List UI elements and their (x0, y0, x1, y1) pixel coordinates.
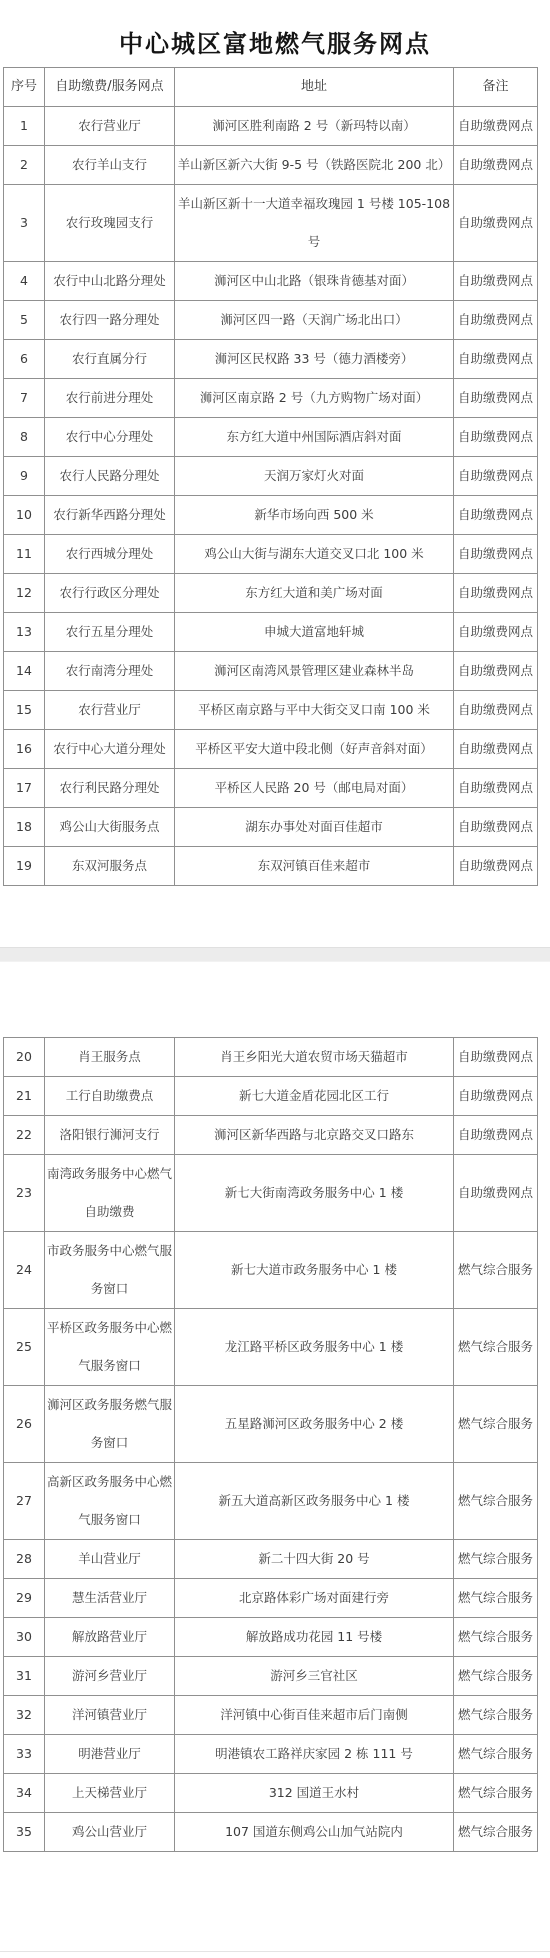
cell-service-outlet: 农行直属分行 (45, 340, 175, 379)
table-row: 13农行五星分理处申城大道富地轩城自助缴费网点 (4, 613, 538, 652)
cell-serial-number: 8 (4, 418, 45, 457)
column-header-outlet: 自助缴费/服务网点 (45, 68, 175, 107)
table-row: 20肖王服务点肖王乡阳光大道农贸市场天猫超市自助缴费网点 (4, 1038, 538, 1077)
page-title: 中心城区富地燃气服务网点 (0, 24, 550, 59)
cell-note: 自助缴费网点 (454, 340, 538, 379)
cell-address: 新七大道金盾花园北区工行 (175, 1077, 454, 1116)
cell-service-outlet: 鸡公山营业厅 (45, 1813, 175, 1852)
cell-note: 自助缴费网点 (454, 769, 538, 808)
cell-service-outlet: 农行中心分理处 (45, 418, 175, 457)
cell-address: 浉河区胜利南路 2 号（新玛特以南） (175, 107, 454, 146)
table-row: 26浉河区政务服务燃气服务窗口五星路浉河区政务服务中心 2 楼燃气综合服务 (4, 1386, 538, 1463)
cell-serial-number: 2 (4, 146, 45, 185)
cell-address: 平桥区平安大道中段北侧（好声音斜对面） (175, 730, 454, 769)
cell-note: 燃气综合服务 (454, 1579, 538, 1618)
cell-address: 平桥区南京路与平中大街交叉口南 100 米 (175, 691, 454, 730)
table-row: 17农行利民路分理处平桥区人民路 20 号（邮电局对面）自助缴费网点 (4, 769, 538, 808)
cell-service-outlet: 明港营业厅 (45, 1735, 175, 1774)
cell-serial-number: 12 (4, 574, 45, 613)
table-row: 9农行人民路分理处天润万家灯火对面自助缴费网点 (4, 457, 538, 496)
cell-address: 东方红大道中州国际酒店斜对面 (175, 418, 454, 457)
cell-note: 自助缴费网点 (454, 262, 538, 301)
cell-service-outlet: 农行人民路分理处 (45, 457, 175, 496)
cell-serial-number: 33 (4, 1735, 45, 1774)
cell-address: 107 国道东侧鸡公山加气站院内 (175, 1813, 454, 1852)
cell-service-outlet: 慧生活营业厅 (45, 1579, 175, 1618)
cell-serial-number: 22 (4, 1116, 45, 1155)
cell-serial-number: 17 (4, 769, 45, 808)
cell-service-outlet: 工行自助缴费点 (45, 1077, 175, 1116)
service-points-table-part1: 序号 自助缴费/服务网点 地址 备注 1农行营业厅浉河区胜利南路 2 号（新玛特… (3, 67, 538, 886)
cell-serial-number: 29 (4, 1579, 45, 1618)
column-header-address: 地址 (175, 68, 454, 107)
cell-address: 申城大道富地轩城 (175, 613, 454, 652)
cell-address: 洋河镇中心街百佳来超市后门南侧 (175, 1696, 454, 1735)
cell-note: 自助缴费网点 (454, 1116, 538, 1155)
cell-note: 自助缴费网点 (454, 691, 538, 730)
cell-serial-number: 27 (4, 1463, 45, 1540)
cell-service-outlet: 农行中山北路分理处 (45, 262, 175, 301)
cell-note: 自助缴费网点 (454, 301, 538, 340)
cell-service-outlet: 鸡公山大街服务点 (45, 808, 175, 847)
cell-service-outlet: 农行四一路分理处 (45, 301, 175, 340)
table-row: 31游河乡营业厅游河乡三官社区燃气综合服务 (4, 1657, 538, 1696)
cell-note: 自助缴费网点 (454, 1155, 538, 1232)
cell-address: 肖王乡阳光大道农贸市场天猫超市 (175, 1038, 454, 1077)
cell-serial-number: 28 (4, 1540, 45, 1579)
cell-service-outlet: 农行五星分理处 (45, 613, 175, 652)
cell-note: 燃气综合服务 (454, 1463, 538, 1540)
cell-service-outlet: 南湾政务服务中心燃气自助缴费 (45, 1155, 175, 1232)
table-row: 25平桥区政务服务中心燃气服务窗口龙江路平桥区政务服务中心 1 楼燃气综合服务 (4, 1309, 538, 1386)
cell-note: 自助缴费网点 (454, 808, 538, 847)
table-row: 16农行中心大道分理处平桥区平安大道中段北侧（好声音斜对面）自助缴费网点 (4, 730, 538, 769)
cell-address: 新五大道高新区政务服务中心 1 楼 (175, 1463, 454, 1540)
cell-address: 浉河区新华西路与北京路交叉口路东 (175, 1116, 454, 1155)
table-row: 8农行中心分理处东方红大道中州国际酒店斜对面自助缴费网点 (4, 418, 538, 457)
cell-service-outlet: 农行羊山支行 (45, 146, 175, 185)
cell-serial-number: 20 (4, 1038, 45, 1077)
cell-note: 自助缴费网点 (454, 1038, 538, 1077)
cell-address: 新二十四大街 20 号 (175, 1540, 454, 1579)
cell-serial-number: 7 (4, 379, 45, 418)
cell-serial-number: 30 (4, 1618, 45, 1657)
table-row: 33明港营业厅明港镇农工路祥庆家园 2 栋 111 号燃气综合服务 (4, 1735, 538, 1774)
cell-serial-number: 19 (4, 847, 45, 886)
cell-address: 龙江路平桥区政务服务中心 1 楼 (175, 1309, 454, 1386)
cell-note: 燃气综合服务 (454, 1618, 538, 1657)
table-row: 2农行羊山支行羊山新区新六大街 9-5 号（铁路医院北 200 北）自助缴费网点 (4, 146, 538, 185)
cell-address: 东方红大道和美广场对面 (175, 574, 454, 613)
cell-service-outlet: 农行营业厅 (45, 107, 175, 146)
page: 中心城区富地燃气服务网点 序号 自助缴费/服务网点 地址 备注 1农行营业厅浉河… (0, 0, 550, 1958)
cell-address: 新华市场向西 500 米 (175, 496, 454, 535)
cell-address: 湖东办事处对面百佳超市 (175, 808, 454, 847)
cell-address: 312 国道王水村 (175, 1774, 454, 1813)
table-row: 19东双河服务点东双河镇百佳来超市自助缴费网点 (4, 847, 538, 886)
cell-address: 浉河区南京路 2 号（九方购物广场对面） (175, 379, 454, 418)
table-row: 23南湾政务服务中心燃气自助缴费新七大街南湾政务服务中心 1 楼自助缴费网点 (4, 1155, 538, 1232)
cell-note: 燃气综合服务 (454, 1813, 538, 1852)
cell-serial-number: 24 (4, 1232, 45, 1309)
table-row: 29慧生活营业厅北京路体彩广场对面建行旁燃气综合服务 (4, 1579, 538, 1618)
cell-serial-number: 13 (4, 613, 45, 652)
cell-note: 燃气综合服务 (454, 1696, 538, 1735)
cell-serial-number: 23 (4, 1155, 45, 1232)
table-row: 30解放路营业厅解放路成功花园 11 号楼燃气综合服务 (4, 1618, 538, 1657)
cell-note: 燃气综合服务 (454, 1774, 538, 1813)
cell-address: 新七大街南湾政务服务中心 1 楼 (175, 1155, 454, 1232)
table-row: 35鸡公山营业厅107 国道东侧鸡公山加气站院内燃气综合服务 (4, 1813, 538, 1852)
cell-service-outlet: 农行新华西路分理处 (45, 496, 175, 535)
cell-service-outlet: 农行利民路分理处 (45, 769, 175, 808)
cell-service-outlet: 农行前进分理处 (45, 379, 175, 418)
cell-service-outlet: 游河乡营业厅 (45, 1657, 175, 1696)
cell-note: 自助缴费网点 (454, 847, 538, 886)
table-row: 21工行自助缴费点新七大道金盾花园北区工行自助缴费网点 (4, 1077, 538, 1116)
cell-service-outlet: 洋河镇营业厅 (45, 1696, 175, 1735)
cell-service-outlet: 农行营业厅 (45, 691, 175, 730)
cell-address: 羊山新区新十一大道幸福玫瑰园 1 号楼 105-108 号 (175, 185, 454, 262)
cell-note: 自助缴费网点 (454, 146, 538, 185)
cell-note: 燃气综合服务 (454, 1309, 538, 1386)
cell-note: 燃气综合服务 (454, 1386, 538, 1463)
cell-note: 自助缴费网点 (454, 457, 538, 496)
cell-serial-number: 6 (4, 340, 45, 379)
cell-serial-number: 10 (4, 496, 45, 535)
cell-serial-number: 4 (4, 262, 45, 301)
cell-note: 燃气综合服务 (454, 1735, 538, 1774)
cell-address: 天润万家灯火对面 (175, 457, 454, 496)
cell-service-outlet: 平桥区政务服务中心燃气服务窗口 (45, 1309, 175, 1386)
cell-address: 东双河镇百佳来超市 (175, 847, 454, 886)
table-row: 27高新区政务服务中心燃气服务窗口新五大道高新区政务服务中心 1 楼燃气综合服务 (4, 1463, 538, 1540)
cell-service-outlet: 上天梯营业厅 (45, 1774, 175, 1813)
cell-address: 北京路体彩广场对面建行旁 (175, 1579, 454, 1618)
cell-address: 浉河区四一路（天润广场北出口） (175, 301, 454, 340)
table-row: 32洋河镇营业厅洋河镇中心街百佳来超市后门南侧燃气综合服务 (4, 1696, 538, 1735)
cell-service-outlet: 浉河区政务服务燃气服务窗口 (45, 1386, 175, 1463)
table-row: 1农行营业厅浉河区胜利南路 2 号（新玛特以南）自助缴费网点 (4, 107, 538, 146)
cell-serial-number: 18 (4, 808, 45, 847)
table-row: 7农行前进分理处浉河区南京路 2 号（九方购物广场对面）自助缴费网点 (4, 379, 538, 418)
cell-serial-number: 1 (4, 107, 45, 146)
cell-address: 羊山新区新六大街 9-5 号（铁路医院北 200 北） (175, 146, 454, 185)
cell-serial-number: 25 (4, 1309, 45, 1386)
cell-serial-number: 14 (4, 652, 45, 691)
cell-address: 新七大道市政务服务中心 1 楼 (175, 1232, 454, 1309)
table-row: 18鸡公山大街服务点湖东办事处对面百佳超市自助缴费网点 (4, 808, 538, 847)
table-row: 11农行西城分理处鸡公山大街与湖东大道交叉口北 100 米自助缴费网点 (4, 535, 538, 574)
cell-address: 鸡公山大街与湖东大道交叉口北 100 米 (175, 535, 454, 574)
cell-service-outlet: 东双河服务点 (45, 847, 175, 886)
cell-note: 自助缴费网点 (454, 418, 538, 457)
cell-serial-number: 35 (4, 1813, 45, 1852)
table-row: 4农行中山北路分理处浉河区中山北路（银珠肯德基对面）自助缴费网点 (4, 262, 538, 301)
cell-service-outlet: 农行西城分理处 (45, 535, 175, 574)
cell-service-outlet: 高新区政务服务中心燃气服务窗口 (45, 1463, 175, 1540)
cell-serial-number: 15 (4, 691, 45, 730)
cell-address: 五星路浉河区政务服务中心 2 楼 (175, 1386, 454, 1463)
table-row: 10农行新华西路分理处新华市场向西 500 米自助缴费网点 (4, 496, 538, 535)
cell-address: 浉河区南湾风景管理区建业森林半岛 (175, 652, 454, 691)
column-header-no: 序号 (4, 68, 45, 107)
cell-note: 自助缴费网点 (454, 379, 538, 418)
cell-note: 燃气综合服务 (454, 1232, 538, 1309)
cell-service-outlet: 肖王服务点 (45, 1038, 175, 1077)
page-bottom-divider (0, 1951, 550, 1952)
cell-serial-number: 16 (4, 730, 45, 769)
table-row: 12农行行政区分理处东方红大道和美广场对面自助缴费网点 (4, 574, 538, 613)
cell-note: 自助缴费网点 (454, 652, 538, 691)
cell-address: 明港镇农工路祥庆家园 2 栋 111 号 (175, 1735, 454, 1774)
table-row: 6农行直属分行浉河区民权路 33 号（德力酒楼旁）自助缴费网点 (4, 340, 538, 379)
cell-address: 浉河区民权路 33 号（德力酒楼旁） (175, 340, 454, 379)
cell-serial-number: 3 (4, 185, 45, 262)
cell-service-outlet: 农行南湾分理处 (45, 652, 175, 691)
table-row: 22洛阳银行浉河支行浉河区新华西路与北京路交叉口路东自助缴费网点 (4, 1116, 538, 1155)
cell-address: 游河乡三官社区 (175, 1657, 454, 1696)
table-row: 28羊山营业厅新二十四大街 20 号燃气综合服务 (4, 1540, 538, 1579)
table-row: 5农行四一路分理处浉河区四一路（天润广场北出口）自助缴费网点 (4, 301, 538, 340)
cell-service-outlet: 洛阳银行浉河支行 (45, 1116, 175, 1155)
table-row: 3农行玫瑰园支行羊山新区新十一大道幸福玫瑰园 1 号楼 105-108 号自助缴… (4, 185, 538, 262)
cell-note: 自助缴费网点 (454, 185, 538, 262)
cell-note: 自助缴费网点 (454, 574, 538, 613)
cell-serial-number: 9 (4, 457, 45, 496)
table-header-row: 序号 自助缴费/服务网点 地址 备注 (4, 68, 538, 107)
table-row: 34上天梯营业厅312 国道王水村燃气综合服务 (4, 1774, 538, 1813)
cell-note: 自助缴费网点 (454, 107, 538, 146)
table-row: 24市政务服务中心燃气服务窗口新七大道市政务服务中心 1 楼燃气综合服务 (4, 1232, 538, 1309)
cell-note: 燃气综合服务 (454, 1540, 538, 1579)
cell-service-outlet: 农行玫瑰园支行 (45, 185, 175, 262)
cell-serial-number: 34 (4, 1774, 45, 1813)
cell-service-outlet: 解放路营业厅 (45, 1618, 175, 1657)
cell-address: 解放路成功花园 11 号楼 (175, 1618, 454, 1657)
cell-serial-number: 32 (4, 1696, 45, 1735)
cell-address: 浉河区中山北路（银珠肯德基对面） (175, 262, 454, 301)
cell-note: 自助缴费网点 (454, 730, 538, 769)
cell-address: 平桥区人民路 20 号（邮电局对面） (175, 769, 454, 808)
column-header-note: 备注 (454, 68, 538, 107)
cell-serial-number: 31 (4, 1657, 45, 1696)
cell-serial-number: 11 (4, 535, 45, 574)
cell-note: 燃气综合服务 (454, 1657, 538, 1696)
cell-serial-number: 26 (4, 1386, 45, 1463)
table-row: 14农行南湾分理处浉河区南湾风景管理区建业森林半岛自助缴费网点 (4, 652, 538, 691)
service-points-table-part2: 20肖王服务点肖王乡阳光大道农贸市场天猫超市自助缴费网点21工行自助缴费点新七大… (3, 1037, 538, 1852)
cell-note: 自助缴费网点 (454, 613, 538, 652)
cell-serial-number: 21 (4, 1077, 45, 1116)
cell-service-outlet: 羊山营业厅 (45, 1540, 175, 1579)
cell-note: 自助缴费网点 (454, 1077, 538, 1116)
cell-serial-number: 5 (4, 301, 45, 340)
section-divider (0, 947, 550, 962)
cell-note: 自助缴费网点 (454, 535, 538, 574)
table-row: 15农行营业厅平桥区南京路与平中大街交叉口南 100 米自助缴费网点 (4, 691, 538, 730)
cell-service-outlet: 农行中心大道分理处 (45, 730, 175, 769)
cell-service-outlet: 市政务服务中心燃气服务窗口 (45, 1232, 175, 1309)
cell-note: 自助缴费网点 (454, 496, 538, 535)
cell-service-outlet: 农行行政区分理处 (45, 574, 175, 613)
